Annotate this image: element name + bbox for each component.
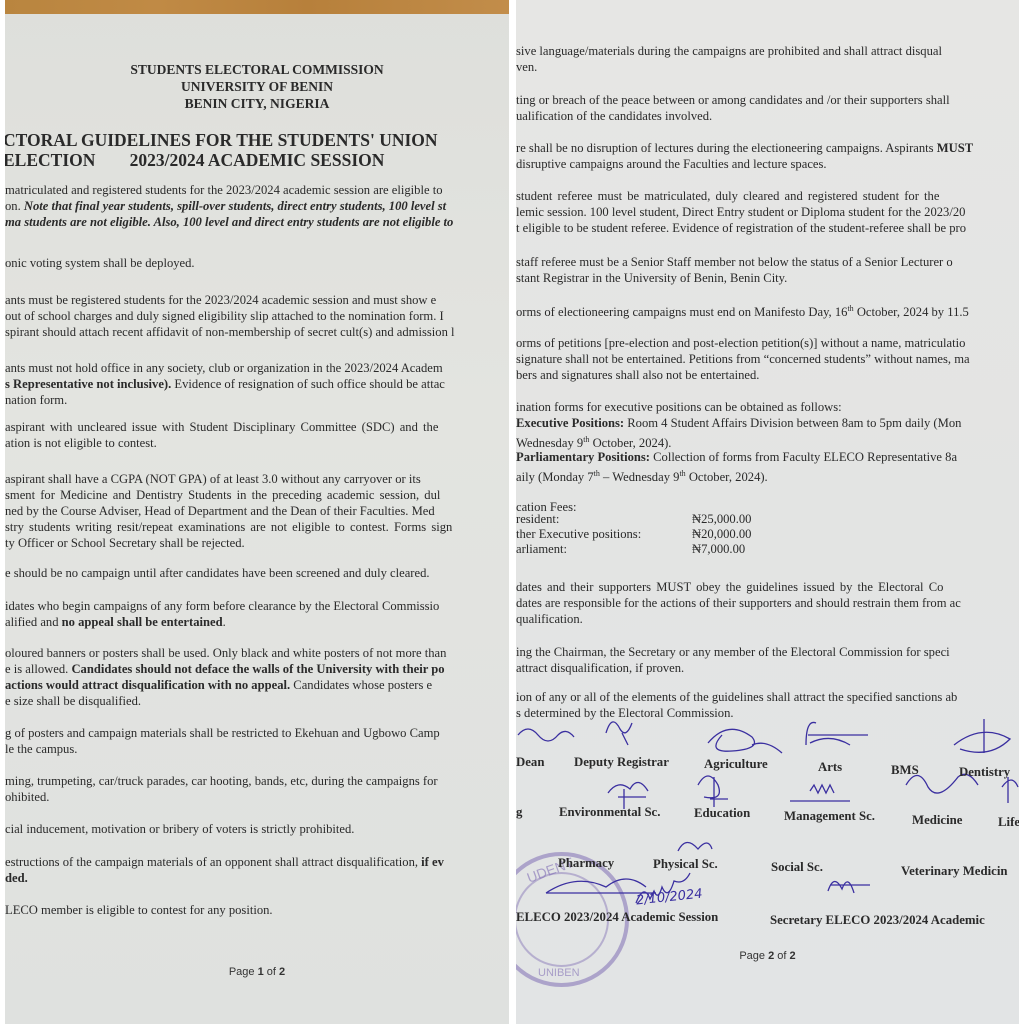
clause-line: g of posters and campaign materials shal… bbox=[5, 726, 440, 742]
clause-line: ming, trumpeting, car/truck parades, car… bbox=[5, 774, 438, 790]
clause-line: aily (Monday 7th – Wednesday 9th October… bbox=[516, 466, 768, 486]
clause-line: cial inducement, motivation or bribery o… bbox=[5, 822, 354, 838]
clause-line: matriculated and registered students for… bbox=[5, 183, 443, 199]
fee-label: arliament: bbox=[516, 542, 567, 558]
clause-line: aspirant shall have a CGPA (NOT GPA) of … bbox=[5, 472, 421, 488]
clause-line: s Representative not inclusive). Evidenc… bbox=[5, 377, 445, 393]
clause-line: ing the Chairman, the Secretary or any m… bbox=[516, 645, 950, 661]
fee-amount: ₦7,000.00 bbox=[692, 542, 745, 558]
clause-line: re shall be no disruption of lectures du… bbox=[516, 141, 973, 157]
clause-line: ants must be registered students for the… bbox=[5, 293, 436, 309]
signatory-life-sc: Life bbox=[998, 815, 1019, 830]
signatory-bms: BMS bbox=[891, 763, 919, 778]
clause-line: ting or breach of the peace between or a… bbox=[516, 93, 950, 109]
clause-line: le the campus. bbox=[5, 742, 77, 758]
clause-line: ned by the Course Adviser, Head of Depar… bbox=[5, 504, 435, 520]
signatory-chairman: ELECO 2023/2024 Academic Session bbox=[516, 910, 718, 925]
clause-line: LECO member is eligible to contest for a… bbox=[5, 903, 273, 919]
signatory-deputy-registrar: Deputy Registrar bbox=[574, 755, 669, 770]
clause-line: Parliamentary Positions: Collection of f… bbox=[516, 450, 957, 466]
clause-line: staff referee must be a Senior Staff mem… bbox=[516, 255, 953, 271]
signatory-management-sc: Management Sc. bbox=[784, 809, 875, 824]
clause-line: e is allowed. Candidates should not defa… bbox=[5, 662, 445, 678]
clause-line: actions would attract disqualification w… bbox=[5, 678, 432, 694]
signatory-secretary: Secretary ELECO 2023/2024 Academic bbox=[770, 913, 985, 928]
page-number: Page 2 of 2 bbox=[516, 950, 1019, 962]
signatory-pharmacy: Pharmacy bbox=[558, 856, 614, 871]
university-name: UNIVERSITY OF BENIN bbox=[5, 79, 509, 95]
signatory-engineering: g bbox=[516, 805, 522, 820]
clause-line: alified and no appeal shall be entertain… bbox=[5, 615, 226, 631]
clause-line: disruptive campaigns around the Facultie… bbox=[516, 157, 827, 173]
signatory-arts: Arts bbox=[818, 760, 842, 775]
clause-line: oloured banners or posters shall be used… bbox=[5, 646, 446, 662]
clause-line: ualification of the candidates involved. bbox=[516, 109, 712, 125]
clause-line: stant Registrar in the University of Ben… bbox=[516, 271, 787, 287]
document-session: 2023/2024 ACADEMIC SESSION bbox=[5, 150, 509, 170]
clause-line: dates and their supporters MUST obey the… bbox=[516, 580, 943, 596]
signatory-dean: Dean bbox=[516, 755, 544, 770]
clause-line: orms of electioneering campaigns must en… bbox=[516, 301, 969, 321]
clause-line: ination forms for executive positions ca… bbox=[516, 400, 842, 416]
clause-line: student referee must be matriculated, du… bbox=[516, 189, 939, 205]
clause-line: ty Officer or School Secretary shall be … bbox=[5, 536, 245, 552]
fee-label: ther Executive positions: bbox=[516, 527, 641, 543]
clause-line: ohibited. bbox=[5, 790, 49, 806]
fee-amount: ₦25,000.00 bbox=[692, 512, 751, 528]
clause-line: estructions of the campaign materials of… bbox=[5, 855, 444, 871]
signatory-agriculture: Agriculture bbox=[704, 757, 768, 772]
clause-line: onic voting system shall be deployed. bbox=[5, 256, 195, 272]
signatory-environmental-sc: Environmental Sc. bbox=[559, 805, 660, 820]
clause-line: ants must not hold office in any society… bbox=[5, 361, 443, 377]
clause-line: ven. bbox=[516, 60, 537, 76]
clause-line: nation form. bbox=[5, 393, 67, 409]
clause-line: lemic session. 100 level student, Direct… bbox=[516, 205, 965, 221]
document-page-1: STUDENTS ELECTORAL COMMISSION UNIVERSITY… bbox=[5, 0, 509, 1024]
clause-line: bers and signatures shall also not be en… bbox=[516, 368, 759, 384]
signatory-education: Education bbox=[694, 806, 750, 821]
org-name: STUDENTS ELECTORAL COMMISSION bbox=[5, 62, 509, 78]
clause-line: sment for Medicine and Dentistry Student… bbox=[5, 488, 440, 504]
signatory-medicine: Medicine bbox=[912, 813, 962, 828]
clause-line: ation is not eligible to contest. bbox=[5, 436, 157, 452]
document-page-2: sive language/materials during the campa… bbox=[516, 0, 1019, 1024]
clause-line: signature shall not be entertained. Peti… bbox=[516, 352, 970, 368]
clause-line: sive language/materials during the campa… bbox=[516, 44, 942, 60]
clause-line: qualification. bbox=[516, 612, 583, 628]
clause-line: Wednesday 9th October, 2024). bbox=[516, 432, 671, 452]
clause-line: ion of any or all of the elements of the… bbox=[516, 690, 957, 706]
clause-line: spirant should attach recent affidavit o… bbox=[5, 325, 455, 341]
city-name: BENIN CITY, NIGERIA bbox=[5, 96, 509, 112]
clause-line: stry students writing resit/repeat exami… bbox=[5, 520, 452, 536]
clause-line: e size shall be disqualified. bbox=[5, 694, 141, 710]
page-number: Page 1 of 2 bbox=[5, 966, 509, 978]
clause-line: t eligible to be student referee. Eviden… bbox=[516, 221, 966, 237]
clause-line: e should be no campaign until after cand… bbox=[5, 566, 430, 582]
signatory-veterinary-medicine: Veterinary Medicin bbox=[901, 864, 1008, 879]
clause-line: idates who begin campaigns of any form b… bbox=[5, 599, 439, 615]
clause-line: aspirant with uncleared issue with Stude… bbox=[5, 420, 438, 436]
table-edge bbox=[5, 0, 509, 14]
clause-line: ded. bbox=[5, 871, 28, 887]
fee-label: resident: bbox=[516, 512, 559, 528]
signatory-physical-sc: Physical Sc. bbox=[653, 857, 718, 872]
clause-line: out of school charges and duly signed el… bbox=[5, 309, 444, 325]
clause-line: attract disqualification, if proven. bbox=[516, 661, 684, 677]
clause-line: on. Note that final year students, spill… bbox=[5, 199, 446, 215]
fee-amount: ₦20,000.00 bbox=[692, 527, 751, 543]
signatory-social-sc: Social Sc. bbox=[771, 860, 823, 875]
signatory-dentistry: Dentistry bbox=[959, 765, 1010, 780]
clause-line: ma students are not eligible. Also, 100 … bbox=[5, 215, 453, 231]
clause-line: dates are responsible for the actions of… bbox=[516, 596, 961, 612]
clause-line: Executive Positions: Room 4 Student Affa… bbox=[516, 416, 961, 432]
clause-line: orms of petitions [pre-election and post… bbox=[516, 336, 965, 352]
